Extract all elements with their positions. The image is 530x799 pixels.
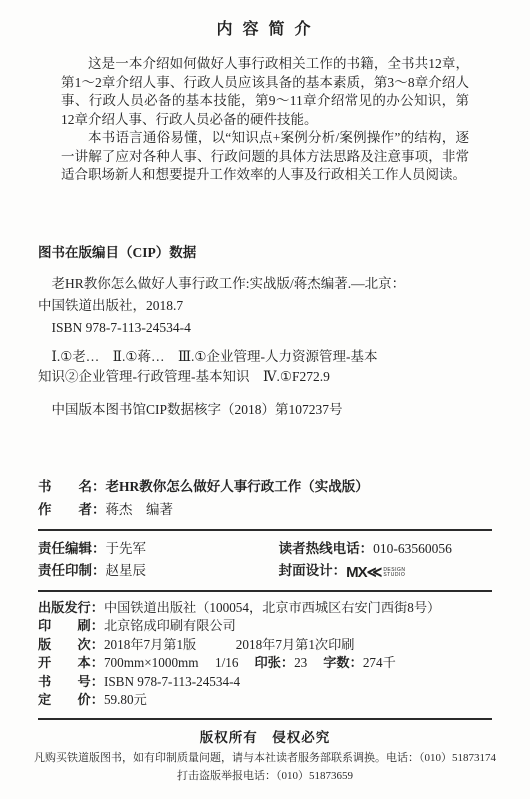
book-number-label: 书 号： [38,674,104,689]
publisher-row: 出版发行：中国铁道出版社（100054，北京市西城区右安门西街8号） [38,599,492,618]
print-supervisor-label: 责任印制： [38,563,106,578]
cover-design-studio-logo: MX≪DESIGNSTUDIO [346,566,405,580]
book-number-value: ISBN 978-7-113-24534-4 [104,674,240,689]
printing-company-label: 印 刷： [38,618,104,633]
content-summary-paragraph-2: 本书语言通俗易懂，以“知识点+案例分析/案例操作”的结构，逐一讲解了应对各种人事… [61,129,469,185]
book-title-label: 书 名： [38,479,106,494]
edition-value: 2018年7月第1版 2018年7月第1次印刷 [104,637,355,652]
chief-editor-row: 责任编辑：于先军 [38,538,279,560]
content-summary-paragraph-1: 这是一本介绍如何做好人事行政相关工作的书籍，全书共12章，第1～2章介绍人事、行… [61,55,469,129]
logo-sub-bottom: STUDIO [383,573,405,578]
book-title-row: 书 名：老HR教你怎么做好人事行政工作（实战版） [38,475,492,498]
price-label: 定 价： [38,692,104,707]
printed-sheets-label: 印张： [255,655,295,670]
copyright-footer: 版权所有 侵权必究 凡购买铁道版图书，如有印制质量问题，请与本社读者服务部联系调… [0,728,530,784]
cover-design-row: 封面设计：MX≪DESIGNSTUDIO [279,560,492,582]
printing-company-row: 印 刷：北京铭成印刷有限公司 [38,617,492,636]
cip-classification: Ⅰ.①老… Ⅱ.①蒋… Ⅲ.①企业管理-人力资源管理-基本 知识②企业管理-行政… [38,347,492,387]
edition-row: 版 次：2018年7月第1版 2018年7月第1次印刷 [38,636,492,655]
reader-hotline-row: 读者热线电话：010-63560056 [279,538,492,560]
cover-design-label: 封面设计： [279,563,347,578]
cip-isbn-line: ISBN 978-7-113-24534-4 [38,317,492,339]
cip-heading: 图书在版编目（CIP）数据 [38,243,492,263]
design-studio-logo-text: DESIGNSTUDIO [383,568,405,578]
printing-company-value: 北京铭成印刷有限公司 [104,618,236,633]
content-summary-heading: 内 容 简 介 [61,16,469,39]
chief-editor-value: 于先军 [106,541,147,556]
piracy-report-line: 打击盗版举报电话：（010）51873659 [0,768,530,784]
cip-data-section: 图书在版编目（CIP）数据 老HR教你怎么做好人事行政工作:实战版/蒋杰编著.—… [38,243,492,420]
printed-sheets-value: 23 [294,655,307,670]
copyright-page: 内 容 简 介 这是一本介绍如何做好人事行政相关工作的书籍，全书共12章，第1～… [0,0,530,799]
mx-logo-icon: MX≪ [346,566,381,580]
format-label: 开 本： [38,655,104,670]
word-count-value: 274千 [363,655,396,670]
staff-left-column: 责任编辑：于先军 责任印制：赵星辰 [38,538,279,582]
reader-hotline-value: 010-63560056 [373,541,452,556]
book-title-section: 书 名：老HR教你怎么做好人事行政工作（实战版） 作 者：蒋杰 编著 [38,475,492,521]
author-row: 作 者：蒋杰 编著 [38,498,492,521]
content-summary-section: 内 容 简 介 这是一本介绍如何做好人事行政相关工作的书籍，全书共12章，第1～… [61,16,469,185]
divider-bottom [38,718,492,720]
publisher-value: 中国铁道出版社（100054，北京市西城区右安门西街8号） [104,600,440,615]
cip-class-line-2: 知识②企业管理-行政管理-基本知识 Ⅳ.①F272.9 [38,367,492,387]
book-number-row: 书 号：ISBN 978-7-113-24534-4 [38,673,492,692]
edition-label: 版 次： [38,637,104,652]
chief-editor-label: 责任编辑： [38,541,106,556]
author-label: 作 者： [38,502,106,517]
reader-hotline-label: 读者热线电话： [279,541,374,556]
copyright-notice: 版权所有 侵权必究 [0,728,530,748]
book-title-value: 老HR教你怎么做好人事行政工作（实战版） [106,479,369,494]
print-supervisor-row: 责任印制：赵星辰 [38,560,279,582]
format-value: 700mm×1000mm 1/16 [104,655,239,670]
word-count-label: 字数： [323,655,363,670]
cip-class-line-1: Ⅰ.①老… Ⅱ.①蒋… Ⅲ.①企业管理-人力资源管理-基本 [38,347,492,367]
author-value: 蒋杰 编著 [106,502,174,517]
cip-record-number: 中国版本图书馆CIP数据核字（2018）第107237号 [38,400,492,420]
staff-section: 责任编辑：于先军 责任印制：赵星辰 读者热线电话：010-63560056 封面… [38,531,492,582]
staff-right-column: 读者热线电话：010-63560056 封面设计：MX≪DESIGNSTUDIO [279,538,492,582]
cip-title-line-2: 中国铁道出版社，2018.7 [38,295,492,317]
cip-title-line-1: 老HR教你怎么做好人事行政工作:实战版/蒋杰编著.—北京： [38,273,492,295]
service-phone-line: 凡购买铁道版图书，如有印制质量问题，请与本社读者服务部联系调换。电话：（010）… [0,750,530,766]
price-row: 定 价：59.80元 [38,691,492,710]
price-value: 59.80元 [104,692,147,707]
publishing-section: 出版发行：中国铁道出版社（100054，北京市西城区右安门西街8号） 印 刷：北… [38,592,492,710]
print-supervisor-value: 赵星辰 [106,563,147,578]
format-row: 开 本：700mm×1000mm 1/16印张：23字数：274千 [38,654,492,673]
publisher-label: 出版发行： [38,600,104,615]
